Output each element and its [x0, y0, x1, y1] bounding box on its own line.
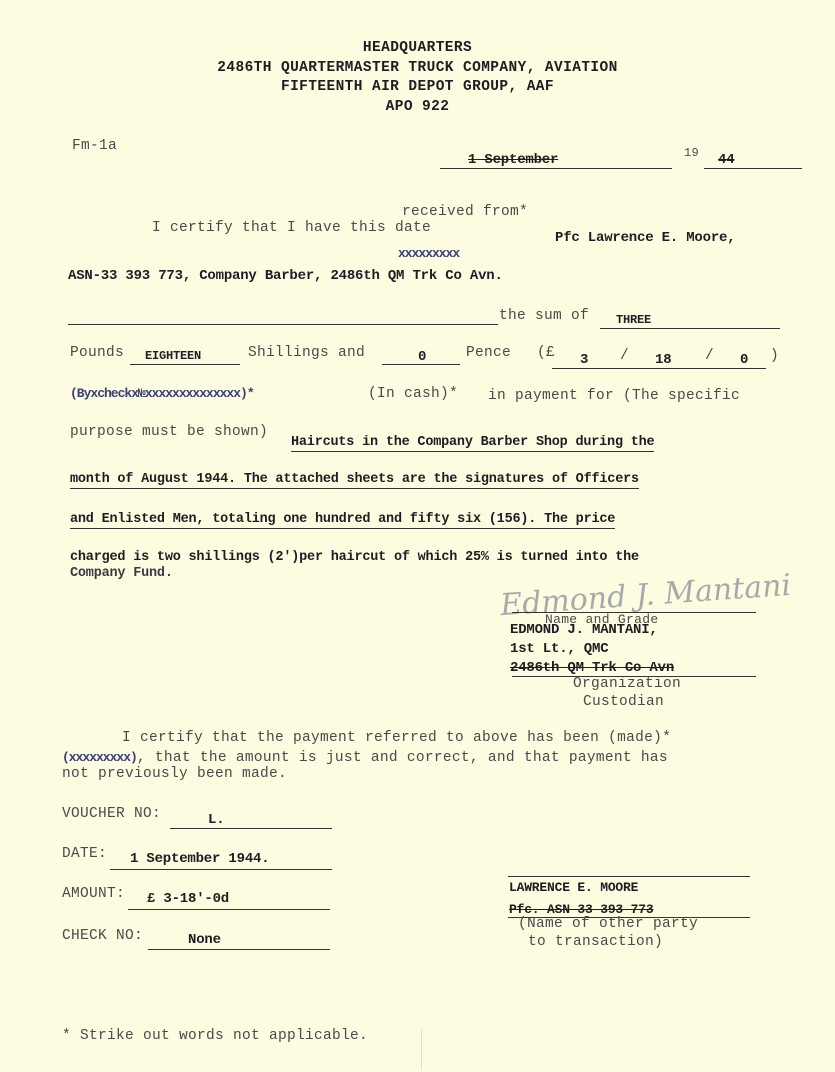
- second-cert-line-3: not previously been made.: [62, 766, 287, 782]
- other-party-label-2: to transaction): [528, 934, 663, 950]
- other-party-id: Pfc. ASN 33 393 773: [509, 902, 653, 917]
- header-line-4: APO 922: [0, 99, 835, 115]
- second-cert-struck: (xxxxxxxxx): [62, 750, 137, 765]
- other-party-name: LAWRENCE E. MOORE: [509, 880, 638, 895]
- date-century: 19: [684, 146, 699, 160]
- certify-intro: I certify that I have this date: [152, 220, 431, 236]
- voucher-label: VOUCHER NO:: [62, 806, 161, 822]
- paper-fold-mark: [421, 1030, 422, 1070]
- amount-label: AMOUNT:: [62, 886, 125, 902]
- form-id: Fm-1a: [72, 138, 117, 154]
- pounds-label: Pounds: [70, 345, 124, 361]
- header-line-1: HEADQUARTERS: [0, 40, 835, 56]
- sum-label: the sum of: [499, 308, 589, 324]
- second-cert-line-2: , that the amount is just and correct, a…: [137, 750, 668, 766]
- check-label: CHECK NO:: [62, 928, 143, 944]
- amount-pence: 0: [740, 352, 748, 368]
- check-value: None: [188, 932, 221, 948]
- struck-paid-to: xxxxxxxxx: [398, 246, 459, 261]
- received-from-label: received from*: [402, 204, 528, 220]
- currency-symbol: (£: [537, 345, 555, 361]
- org-label: Organization: [573, 676, 681, 692]
- pounds-words: THREE: [616, 313, 651, 327]
- purpose-line-1: Haircuts in the Company Barber Shop duri…: [291, 435, 654, 452]
- payee-details: ASN-33 393 773, Company Barber, 2486th Q…: [68, 268, 503, 284]
- date-value: 1 September 1944.: [130, 851, 269, 867]
- close-paren: ): [770, 348, 779, 364]
- custodian-org: 2486th QM Trk Co Avn: [510, 660, 674, 676]
- pence-words: 0: [418, 349, 426, 365]
- custodian-rank: 1st Lt., QMC: [510, 641, 608, 657]
- purpose-label: purpose must be shown): [70, 424, 268, 440]
- purpose-line-2: month of August 1944. The attached sheet…: [70, 472, 639, 489]
- struck-by-check: (Byxcheckx№xxxxxxxxxxxxxx)*: [70, 386, 254, 401]
- amount-shillings: 18: [655, 352, 671, 368]
- shillings-words: EIGHTEEN: [145, 349, 201, 363]
- in-cash-label: (In cash)*: [368, 386, 458, 402]
- custodian-name: EDMOND J. MANTANI,: [510, 622, 658, 638]
- second-cert-line-1: I certify that the payment referred to a…: [122, 730, 671, 746]
- other-party-label-1: (Name of other party: [518, 916, 698, 932]
- amount-value: £ 3-18'-0d: [147, 891, 229, 907]
- purpose-line-4: charged is two shillings (2')per haircut…: [70, 550, 639, 565]
- purpose-line-5: Company Fund.: [70, 566, 173, 581]
- date-label: DATE:: [62, 846, 107, 862]
- payee-name: Pfc Lawrence E. Moore,: [555, 230, 735, 246]
- shillings-label: Shillings and: [248, 345, 365, 361]
- header-line-3: FIFTEENTH AIR DEPOT GROUP, AAF: [0, 79, 835, 95]
- payment-for-label: in payment for (The specific: [488, 388, 740, 404]
- purpose-line-3: and Enlisted Men, totaling one hundred a…: [70, 512, 615, 529]
- custodian-label: Custodian: [583, 694, 664, 710]
- date-day-month: 1 September: [468, 152, 558, 168]
- date-year: 44: [718, 152, 734, 168]
- footnote: * Strike out words not applicable.: [62, 1028, 368, 1044]
- amount-pounds: 3: [580, 352, 588, 368]
- header-line-2: 2486TH QUARTERMASTER TRUCK COMPANY, AVIA…: [0, 60, 835, 76]
- voucher-value: L.: [208, 812, 224, 828]
- pence-label: Pence: [466, 345, 511, 361]
